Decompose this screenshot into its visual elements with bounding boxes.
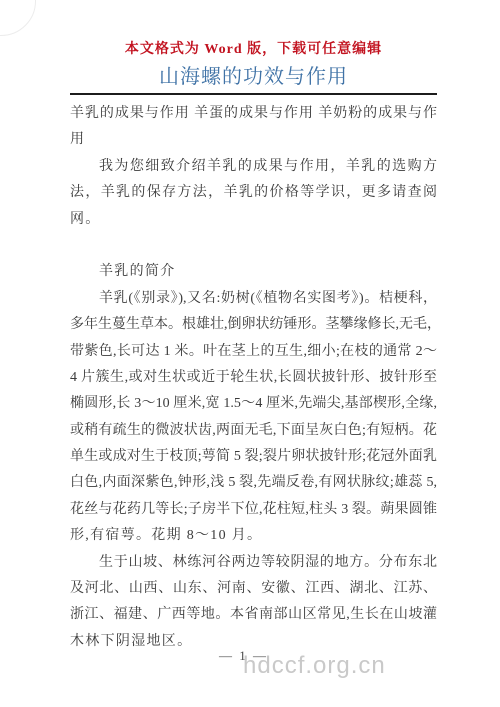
body-text-line: 网。 [70, 207, 437, 233]
body-text-line: 浙江、福建、广西等地。本省南部山区常见,生长在山坡灌 [70, 602, 437, 628]
body-text-line: 形,有宿萼。花期 8～10 月。 [70, 523, 437, 549]
body-text-line: 多年生蔓生草本。根雄壮,倒卵状纺锤形。茎攀缘修长,无毛， [70, 312, 437, 338]
watermark: hdccf.org.cn [243, 652, 386, 680]
body-text-line: 生于山坡、林练河谷两边等较阴湿的地方。分布东北 [70, 550, 437, 576]
body-text-line: 白色,内面深紫色,钟形,浅 5 裂,先端反卷,有网状脉纹;雄蕊 5, [70, 470, 437, 496]
body-text-line: 我为您细致介绍羊乳的成果与作用，羊乳的选购方 [70, 154, 437, 180]
document-page: 本文格式为 Word 版，下载可任意编辑 山海螺的功效与作用 羊乳的成果与作用 … [0, 0, 500, 707]
body-text-line: 单生或成对生于枝顶;萼简 5 裂;裂片卵状披针形;花冠外面乳 [70, 444, 437, 470]
page-corner-artifact [0, 0, 36, 36]
body-text-line: 或稍有疏生的微波状齿,两面无毛,下面呈灰白色;有短柄。花 [70, 418, 437, 444]
title-divider [70, 93, 437, 95]
body-text-line: 用 [70, 127, 437, 153]
blank-line [70, 233, 437, 259]
body-text-line: 法，羊乳的保存方法，羊乳的价格等学识，更多请查阅 [70, 180, 437, 206]
body-text-line: 羊乳的成果与作用 羊蛋的成果与作用 羊奶粉的成果与作 [70, 101, 437, 127]
page-title: 山海螺的功效与作用 [70, 60, 437, 89]
body-text-line: 带紫色,长可达 1 米。叶在茎上的互生,细小;在枝的通常 2～ [70, 339, 437, 365]
format-notice: 本文格式为 Word 版，下载可任意编辑 [70, 38, 437, 58]
document-body: 羊乳的成果与作用 羊蛋的成果与作用 羊奶粉的成果与作 用 我为您细致介绍羊乳的成… [70, 101, 437, 655]
body-text-line: 4 片簇生,或对生状或近于轮生状,长圆状披针形、披针形至 [70, 365, 437, 391]
body-text-line: 羊乳(《别录》),又名:奶树(《植物名实图考》)。桔梗科， [70, 286, 437, 312]
body-text-line: 及河北、山西、山东、河南、安徽、江西、湖北、江苏、 [70, 576, 437, 602]
body-text-line: 椭圆形,长 3～10 厘米,宽 1.5～4 厘米,先端尖,基部楔形,全缘, [70, 391, 437, 417]
body-text-line: 花丝与花药几等长;子房半下位,花柱短,柱头 3 裂。蒴果圆锥 [70, 497, 437, 523]
section-heading: 羊乳的简介 [70, 259, 437, 285]
